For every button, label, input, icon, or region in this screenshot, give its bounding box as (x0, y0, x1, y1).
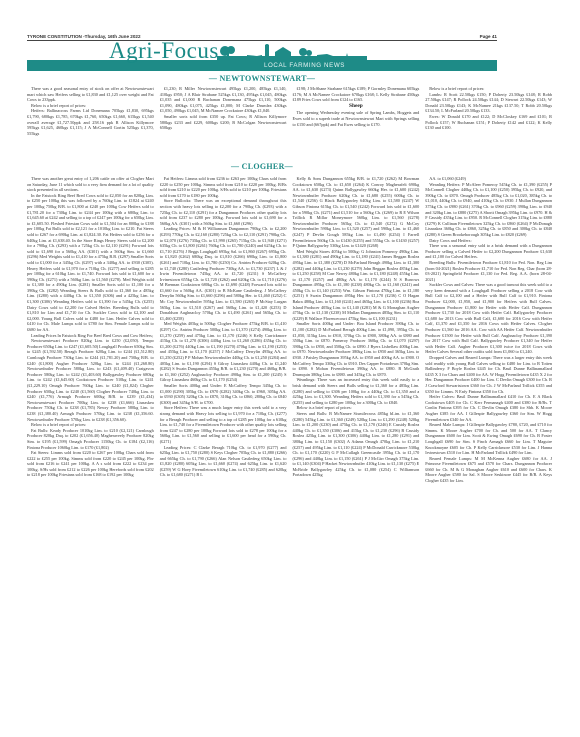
article-paragraph: Smaller Sorts 400kg and Under: E McCaffe… (160, 383, 287, 405)
article-paragraph: There was a good seasonal entry of stock… (27, 86, 154, 103)
article-paragraph: The opening Wednesday evening sale of Sp… (293, 110, 420, 127)
article-paragraph: Med Weights 405kg to 500kg: Clogher Prod… (160, 321, 287, 383)
section-heading-newtownstewart: — NEWTOWNSTEWART— (27, 74, 497, 83)
article-paragraph: Suckler Cows and Calves: There was a goo… (425, 282, 552, 355)
article-paragraph: Weanling Heifers: P McAleer Pomeroy 545k… (425, 182, 552, 238)
page-number: Page 41 (480, 34, 497, 39)
article-paragraph: Fat Bulls: Keady Producer 1010kg Lim. to… (27, 428, 154, 450)
article-column: Fat Heifers: Limms sold from £236 to £26… (160, 176, 287, 484)
clogher-columns: There was another great entry of 1,206 c… (27, 176, 552, 484)
article-paragraph: Heifers: Ballinacross Farms Ltd Donemana… (27, 108, 154, 136)
article-paragraph: Kelly & Sons Dungannon 655kg B/B. to £1,… (293, 176, 420, 249)
article-paragraph: Smaller Sorts 400kg and Under: Boa Islan… (293, 321, 420, 377)
article-paragraph: Dropped Calves and Reared Lumps: There w… (425, 355, 552, 394)
newtownstewart-columns: There was a good seasonal entry of stock… (27, 86, 552, 136)
article-paragraph: In the Fatstock Ring Beef Bred Cows sold… (27, 193, 154, 333)
masthead-band (27, 60, 497, 71)
article-paragraph: Newtownstewart Producer 820kg Lim. to £2… (27, 338, 154, 422)
article-paragraph: £198; J McShane Strabane 615kgs £189; P … (293, 86, 420, 103)
article-column: Kelly & Sons Dungannon 655kg B/B. to £1,… (293, 176, 420, 484)
article-column: AA. to £1,060 (£249)Weanling Heifers: P … (425, 176, 552, 484)
article-paragraph: Reared Male Lumps: I Gillespie Ballygawl… (425, 422, 552, 456)
article-paragraph: Leading Prices: M & H Williamson Dungann… (160, 226, 287, 321)
farm-silhouette-icon (217, 44, 367, 61)
article-paragraph: Leading Prices: C Clarke Beragh 710kg Ch… (160, 445, 287, 479)
article-paragraph: Reared Female Lumps: M M McKenna Augher … (425, 456, 552, 484)
masthead: Agri-Focus LOCAL FARMING NEWS (27, 41, 497, 71)
article-column: There was another great entry of 1,206 c… (27, 176, 154, 484)
article-paragraph: Heifer Calves: Basil Dunne Ballinamallar… (425, 394, 552, 422)
article-paragraph: Store Bullocks: There was an exceptional… (160, 198, 287, 226)
subheading: Sheep (293, 104, 420, 110)
section-heading-clogher: — CLOGHER— (27, 162, 497, 171)
article-paragraph: There was another great entry of 1,206 c… (27, 176, 154, 193)
article-paragraph: Med Weight Stores 405kg to 500kg: G John… (293, 249, 420, 322)
article-column: There was a good seasonal entry of stock… (27, 86, 154, 136)
article-paragraph: Lambs: R Scott 22.50kgs £150; P Doherty … (425, 92, 552, 114)
article-column: Below is a brief report of prices:Lambs:… (425, 86, 552, 136)
article-paragraph: Steers and Bulls: B McNamee Sixmilecross… (293, 411, 420, 478)
article-paragraph: Breeding Bulls: Fivemiletown Producer £1… (425, 260, 552, 282)
article-paragraph: There was a seasonal entry sold to a bri… (425, 243, 552, 260)
article-paragraph: Fat Heifers: Limms sold from £236 to £26… (160, 176, 287, 198)
article-paragraph: Weanlings: There was an increased entry … (293, 377, 420, 405)
masthead-title: Agri-Focus (109, 39, 219, 63)
masthead-subtitle: LOCAL FARMING NEWS (264, 62, 345, 69)
article-paragraph: Smaller sorts sold from £350 up. Fat Cow… (160, 114, 287, 131)
article-paragraph: Store Heifers: There was a much larger e… (160, 405, 287, 444)
article-paragraph: Ewes: W Donald £170 and £122; D McCloske… (425, 114, 552, 131)
article-paragraph: Fat Steers: Limms sold from £220 to £267… (27, 450, 154, 478)
article-column: £1,230; R Miller Newtownstewart 495kgs £… (160, 86, 287, 136)
article-column: £198; J McShane Strabane 615kgs £189; P … (293, 86, 420, 136)
article-paragraph: £1,230; R Miller Newtownstewart 495kgs £… (160, 86, 287, 114)
page-header: TYRONE CONSTITUTION -Thursday, 16th June… (27, 34, 497, 41)
